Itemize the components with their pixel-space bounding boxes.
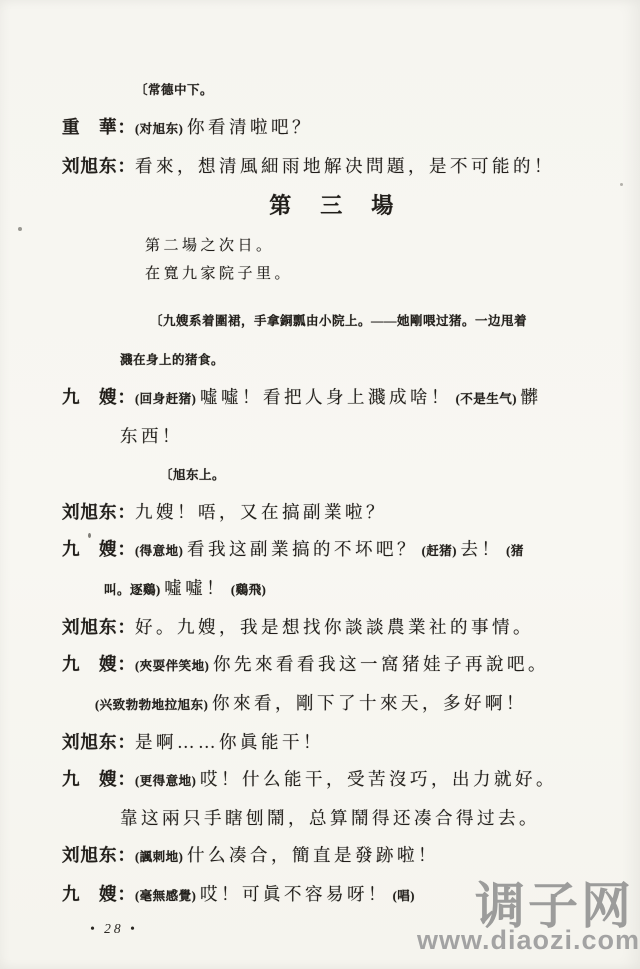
dialogue-text: 第 三 場 (269, 193, 397, 218)
dialogue-text: 哎！可眞不容易呀！ (200, 884, 389, 904)
stage-direction-text: (兴致勃勃地拉旭东) (95, 698, 212, 712)
dialogue-text: 你來看，剛下了十來天，多好啊！ (212, 693, 527, 713)
stage-direction-text: (毫無感覺) (135, 889, 200, 903)
stage-direction-text: (猪 (503, 544, 524, 558)
script-line: 重 華：(对旭东) 你看清啦吧？ (62, 115, 604, 141)
script-line: 〔旭东上。 (62, 461, 604, 487)
script-line: 刘旭东：看來，想清風細雨地解决問題，是不可能的！ (62, 154, 604, 178)
scan-speck (620, 183, 623, 186)
dialogue-text: 你先來看看我这一窩猪娃子再說吧。 (213, 654, 549, 674)
dialogue-text: 哎！什么能干，受苦沒巧，出力就好。 (200, 769, 557, 789)
script-line: 刘旭东：好。九嫂，我是想找你談談農業社的事情。 (62, 615, 604, 639)
script-body: 〔常德中下。重 華：(对旭东) 你看清啦吧？刘旭东：看來，想清風細雨地解决問題，… (62, 76, 604, 908)
speaker-name: 九 嫂： (62, 537, 136, 561)
script-line: 九 嫂：(更得意地) 哎！什么能干，受苦沒巧，出力就好。 (62, 767, 604, 793)
dialogue-text: 东西！ (120, 426, 183, 446)
script-line: 九 嫂：(毫無感覺) 哎！可眞不容易呀！ (唱) (62, 882, 604, 908)
script-line: 刘旭东：是啊……你眞能干！ (62, 730, 604, 754)
script-line: (兴致勃勃地拉旭东) 你來看，剛下了十來天，多好啊！ (62, 691, 604, 717)
speaker-name: 九 嫂： (62, 652, 136, 676)
speaker-name: 九 嫂： (62, 767, 136, 791)
dialogue-text: 第二場之次日。 (145, 238, 275, 254)
stage-direction-text: (对旭东) (135, 122, 187, 136)
stage-direction-text: (得意地) (135, 544, 187, 558)
script-line: 〔常德中下。 (62, 76, 604, 102)
script-line: 濺在身上的猪食。 (62, 346, 604, 372)
dialogue-text: 在寬九家院子里。 (145, 266, 293, 282)
speaker-name: 九 嫂： (62, 385, 136, 409)
script-line: 靠这兩只手瞎刨鬧，总算鬧得还凑合得过去。 (62, 806, 604, 830)
speaker-name: 刘旭东： (62, 500, 136, 524)
dialogue-text: 九嫂！唔，又在搞副業啦？ (135, 502, 387, 522)
script-line: 九 嫂：(回身赶猪) 噓噓！看把人身上濺成啥！ (不是生气) 髒 (62, 385, 604, 411)
dialogue-text: 靠这兩只手瞎刨鬧，总算鬧得还凑合得过去。 (120, 808, 540, 828)
stage-direction-text: (夾耍伴笑地) (135, 659, 213, 673)
speaker-name: 刘旭东： (62, 730, 136, 754)
dialogue-text: 你看清啦吧？ (187, 117, 313, 137)
script-line: 叫。逐鷄) 噓噓！ (鷄飛) (62, 576, 604, 602)
scene-heading: 第 三 場 (62, 191, 604, 221)
stage-direction-text: (鷄飛) (227, 583, 266, 597)
script-line: 在寬九家院子里。 (62, 263, 604, 285)
script-line: 刘旭东：九嫂！唔，又在搞副業啦？ (62, 500, 604, 524)
dialogue-text: 好。九嫂，我是想找你談談農業社的事情。 (135, 617, 534, 637)
stage-direction-text: (唱) (389, 889, 415, 903)
scan-speck (18, 227, 22, 231)
stage-direction-text: (諷刺地) (135, 850, 187, 864)
speaker-name: 九 嫂： (62, 882, 136, 906)
dialogue-text: 髒 (521, 387, 542, 407)
stage-direction-text: (赶猪) (418, 544, 461, 558)
page-number: • 28 • (62, 921, 604, 937)
dialogue-text: 是啊……你眞能干！ (135, 732, 324, 752)
stage-direction-text: 〔九嫂系着圍裙，手拿銅瓢由小院上。——她剛喂过猪。一边甩着 (150, 314, 527, 328)
dialogue-text: 看我这副業搞的不坏吧？ (187, 539, 418, 559)
dialogue-text: 什么凑合，簡直是發跡啦！ (187, 845, 439, 865)
dialogue-text: 噓噓！看把人身上濺成啥！ (200, 387, 452, 407)
scanned-book-page: 〔常德中下。重 華：(对旭东) 你看清啦吧？刘旭东：看來，想清風細雨地解决問題，… (0, 0, 640, 969)
script-line: 九 嫂：(得意地) 看我这副業搞的不坏吧？ (赶猪) 去！ (猪 (62, 537, 604, 563)
dialogue-text: 看來，想清風細雨地解决問題，是不可能的！ (135, 156, 555, 176)
script-line: 刘旭东：(諷刺地) 什么凑合，簡直是發跡啦！ (62, 843, 604, 869)
script-line: 〔九嫂系着圍裙，手拿銅瓢由小院上。——她剛喂过猪。一边甩着 (62, 307, 604, 333)
script-line: 第二場之次日。 (62, 235, 604, 257)
scan-speck (88, 533, 91, 538)
script-line: 九 嫂：(夾耍伴笑地) 你先來看看我这一窩猪娃子再說吧。 (62, 652, 604, 678)
dialogue-text: 去！ (461, 539, 503, 559)
speaker-name: 刘旭东： (62, 154, 136, 178)
stage-direction-text: (回身赶猪) (135, 392, 200, 406)
dialogue-text: 噓噓！ (164, 578, 227, 598)
stage-direction-text: (更得意地) (135, 774, 200, 788)
stage-direction-text: (不是生气) (452, 392, 521, 406)
stage-direction-text: 濺在身上的猪食。 (120, 353, 224, 367)
script-line: 东西！ (62, 424, 604, 448)
stage-direction-text: 〔常德中下。 (135, 83, 213, 97)
speaker-name: 刘旭东： (62, 843, 136, 867)
speaker-name: 重 華： (62, 115, 136, 139)
stage-direction-text: 叫。逐鷄) (104, 583, 164, 597)
speaker-name: 刘旭东： (62, 615, 136, 639)
stage-direction-text: 〔旭东上。 (160, 468, 225, 482)
